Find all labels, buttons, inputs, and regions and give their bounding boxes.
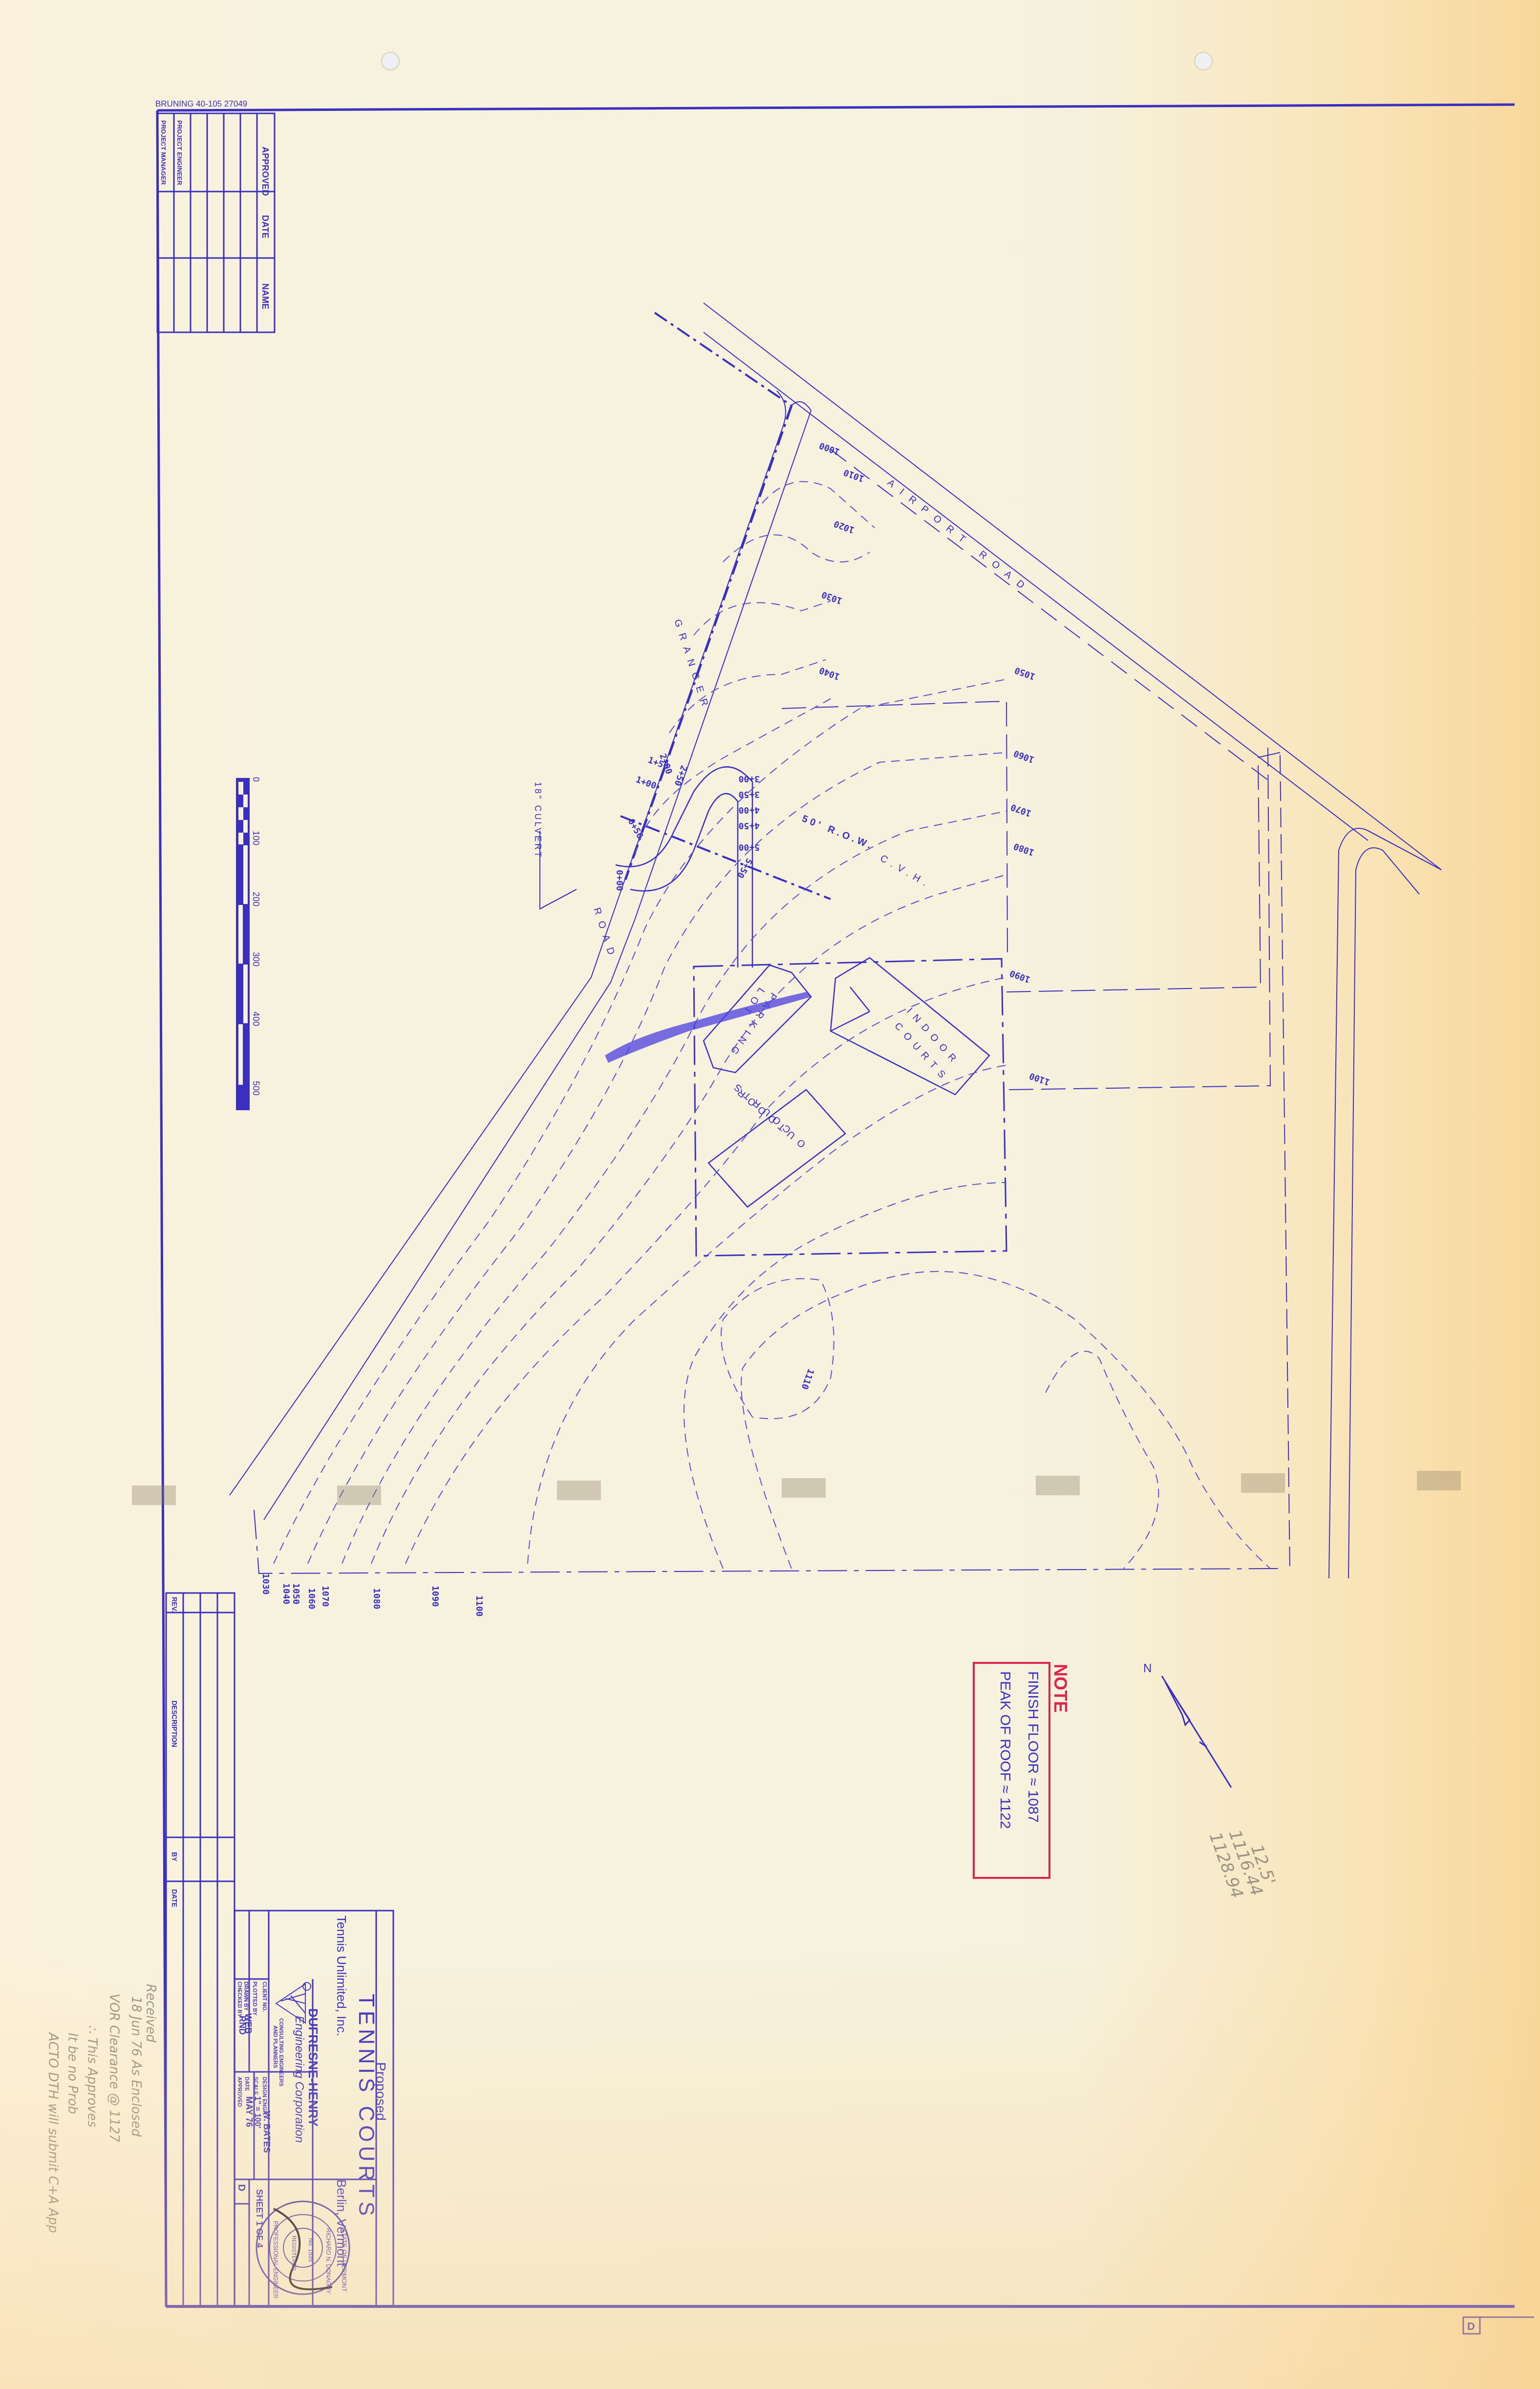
seal-profession: PROFESSIONAL ENGINEER xyxy=(272,2221,279,2299)
corner-code: D xyxy=(1467,2320,1475,2332)
design-engr-value: W. BATES xyxy=(262,2111,272,2153)
name-header: NAME xyxy=(260,283,270,309)
contour-label: 1030 xyxy=(820,589,844,606)
contour-label: 1090 xyxy=(1008,968,1032,985)
field-label: DATE xyxy=(244,2077,250,2091)
station-label: 4+00 xyxy=(739,805,760,815)
pencil-note: ACTO DTH will submit C+A App xyxy=(45,2032,60,2233)
project-engineer-label: PROJECT ENGINEER xyxy=(176,120,183,186)
station-label: 0+00 xyxy=(614,870,624,891)
contour-label-1110: 1110 xyxy=(799,1367,816,1391)
scale-tick-200: 200 xyxy=(251,892,261,906)
field-label: APPROVED xyxy=(236,2077,242,2107)
contour-label: 1040 xyxy=(818,665,841,682)
bruning-code: BRUNING 40-105 27049 xyxy=(155,99,247,108)
field-label: DESIGN ENGR. xyxy=(261,2077,267,2116)
approved-header: APPROVED xyxy=(260,147,270,196)
property-boundary-bottom xyxy=(254,1510,1280,1573)
approval-block xyxy=(157,113,275,332)
pencil-note: 18 Jun 76 As Enclosed xyxy=(128,1996,143,2137)
site-plan-drawing: BRUNING 40-105 27049 APPROVED DATE NAME … xyxy=(0,0,1540,2389)
contour-lines xyxy=(274,481,1270,1569)
project-manager-label: PROJECT MANAGER xyxy=(160,120,167,185)
scale-tick-400: 400 xyxy=(251,1012,261,1026)
contour-label: 1030 xyxy=(260,1573,271,1594)
scale-bar xyxy=(236,778,250,1110)
station-label: 2+50 xyxy=(672,764,689,787)
station-label: 4+50 xyxy=(739,820,760,831)
contour-label: 1080 xyxy=(1012,840,1036,858)
rev-header: REV. xyxy=(171,1597,178,1612)
right-access-road xyxy=(1329,828,1441,1578)
contour-label: 1060 xyxy=(306,1588,317,1609)
sheet-number: SHEET 1 OF 4 xyxy=(255,2189,264,2248)
pencil-note: Received xyxy=(143,1984,158,2043)
contour-label: 1100 xyxy=(1028,1070,1051,1087)
contour-label: 1040 xyxy=(281,1583,291,1604)
note-heading: NOTE xyxy=(1050,1664,1070,1713)
scale-tick-0: 0 xyxy=(251,777,261,782)
station-label: 3+50 xyxy=(739,789,760,799)
road-label: ROAD xyxy=(591,906,619,963)
scale-tick-500: 500 xyxy=(251,1081,261,1096)
pencil-note: VOR Clearance @ 1127 xyxy=(107,1994,121,2142)
note-line-1: FINISH FLOOR ≈ 1087 xyxy=(1025,1671,1041,1823)
seal-number: No. 1535 xyxy=(307,2238,314,2262)
indoor-courts-building xyxy=(831,958,989,1095)
pencil-note: It be no Prob xyxy=(65,2033,80,2114)
granger-road xyxy=(230,313,811,1520)
station-label: 1+00 xyxy=(634,775,658,792)
culvert-leader xyxy=(540,831,577,909)
field-label: SCALE xyxy=(253,2077,258,2095)
contour-label: 1070 xyxy=(1009,801,1033,818)
field-label: DRAWN BY xyxy=(243,1981,249,2011)
contour-label: 1020 xyxy=(833,518,856,535)
firm-tag-1: CONSULTING ENGINEERS xyxy=(278,2018,284,2087)
station-label: 3+00 xyxy=(739,774,760,784)
field-label: CHECKED BY xyxy=(236,1981,242,2017)
north-label: N xyxy=(1143,1662,1152,1675)
contour-label: 1010 xyxy=(842,467,866,484)
airport-road-label: AIRPORT ROAD xyxy=(885,477,1033,597)
project-title: TENNIS COURTS xyxy=(354,1994,378,2220)
airport-road xyxy=(704,303,1441,870)
contour-label: 1000 xyxy=(818,440,841,457)
seal-registered: REGISTERED xyxy=(291,2236,297,2271)
north-arrow-icon xyxy=(1162,1676,1231,1787)
scale-tick-100: 100 xyxy=(251,831,261,845)
seal-state: STATE OF VERMONT xyxy=(341,2228,348,2292)
by-header: BY xyxy=(171,1852,178,1862)
date-header: DATE xyxy=(171,1889,178,1907)
contour-label: 1100 xyxy=(474,1595,484,1616)
contour-label: 1050 xyxy=(1013,665,1037,682)
contour-label: 1090 xyxy=(430,1586,440,1607)
signature xyxy=(274,2209,332,2289)
pencil-note: ∴ This Approves xyxy=(85,2025,99,2128)
field-label: CLIENT NO. xyxy=(261,1981,267,2012)
client-name: Tennis Unlimited, Inc. xyxy=(334,1916,349,2036)
size-code: D xyxy=(236,2184,247,2191)
contour-label: 1080 xyxy=(371,1588,382,1609)
note-line-2: PEAK OF ROOF ≈ 1122 xyxy=(997,1671,1013,1829)
contour-label: 1060 xyxy=(1012,748,1036,765)
date-value: MAY 76 xyxy=(244,2096,254,2127)
row-label: 50' R.O.W. xyxy=(800,813,876,852)
tape-marks xyxy=(132,1471,1461,1505)
field-label: PLOTTED BY xyxy=(252,1981,257,2016)
culvert-label: 18" CULVERT xyxy=(533,782,543,859)
cvh-label: C.V.H. xyxy=(878,853,933,891)
description-header: DESCRIPTION xyxy=(171,1700,178,1747)
date-header: DATE xyxy=(260,215,270,238)
checked-by-value: RND xyxy=(237,2016,247,2035)
access-drive xyxy=(616,767,831,968)
seal-name: RICHARD N. DONAGHY xyxy=(325,2228,332,2294)
outdoor-courts xyxy=(708,1090,845,1207)
contour-label: 1070 xyxy=(320,1586,330,1607)
scale-tick-300: 300 xyxy=(251,952,261,967)
sheet-border xyxy=(157,105,1515,2306)
granger-label: GRANGER xyxy=(672,618,712,714)
revision-block xyxy=(166,1593,235,2306)
firm-name: DUFRESNE-HENRY xyxy=(306,2008,321,2127)
firm-tag-2: AND PLANNERS xyxy=(272,2025,278,2068)
contour-label: 1050 xyxy=(291,1583,301,1604)
firm-subtitle: Engineering Corporation xyxy=(293,2016,306,2143)
drawing-sheet: BRUNING 40-105 27049 APPROVED DATE NAME … xyxy=(0,0,1540,2389)
